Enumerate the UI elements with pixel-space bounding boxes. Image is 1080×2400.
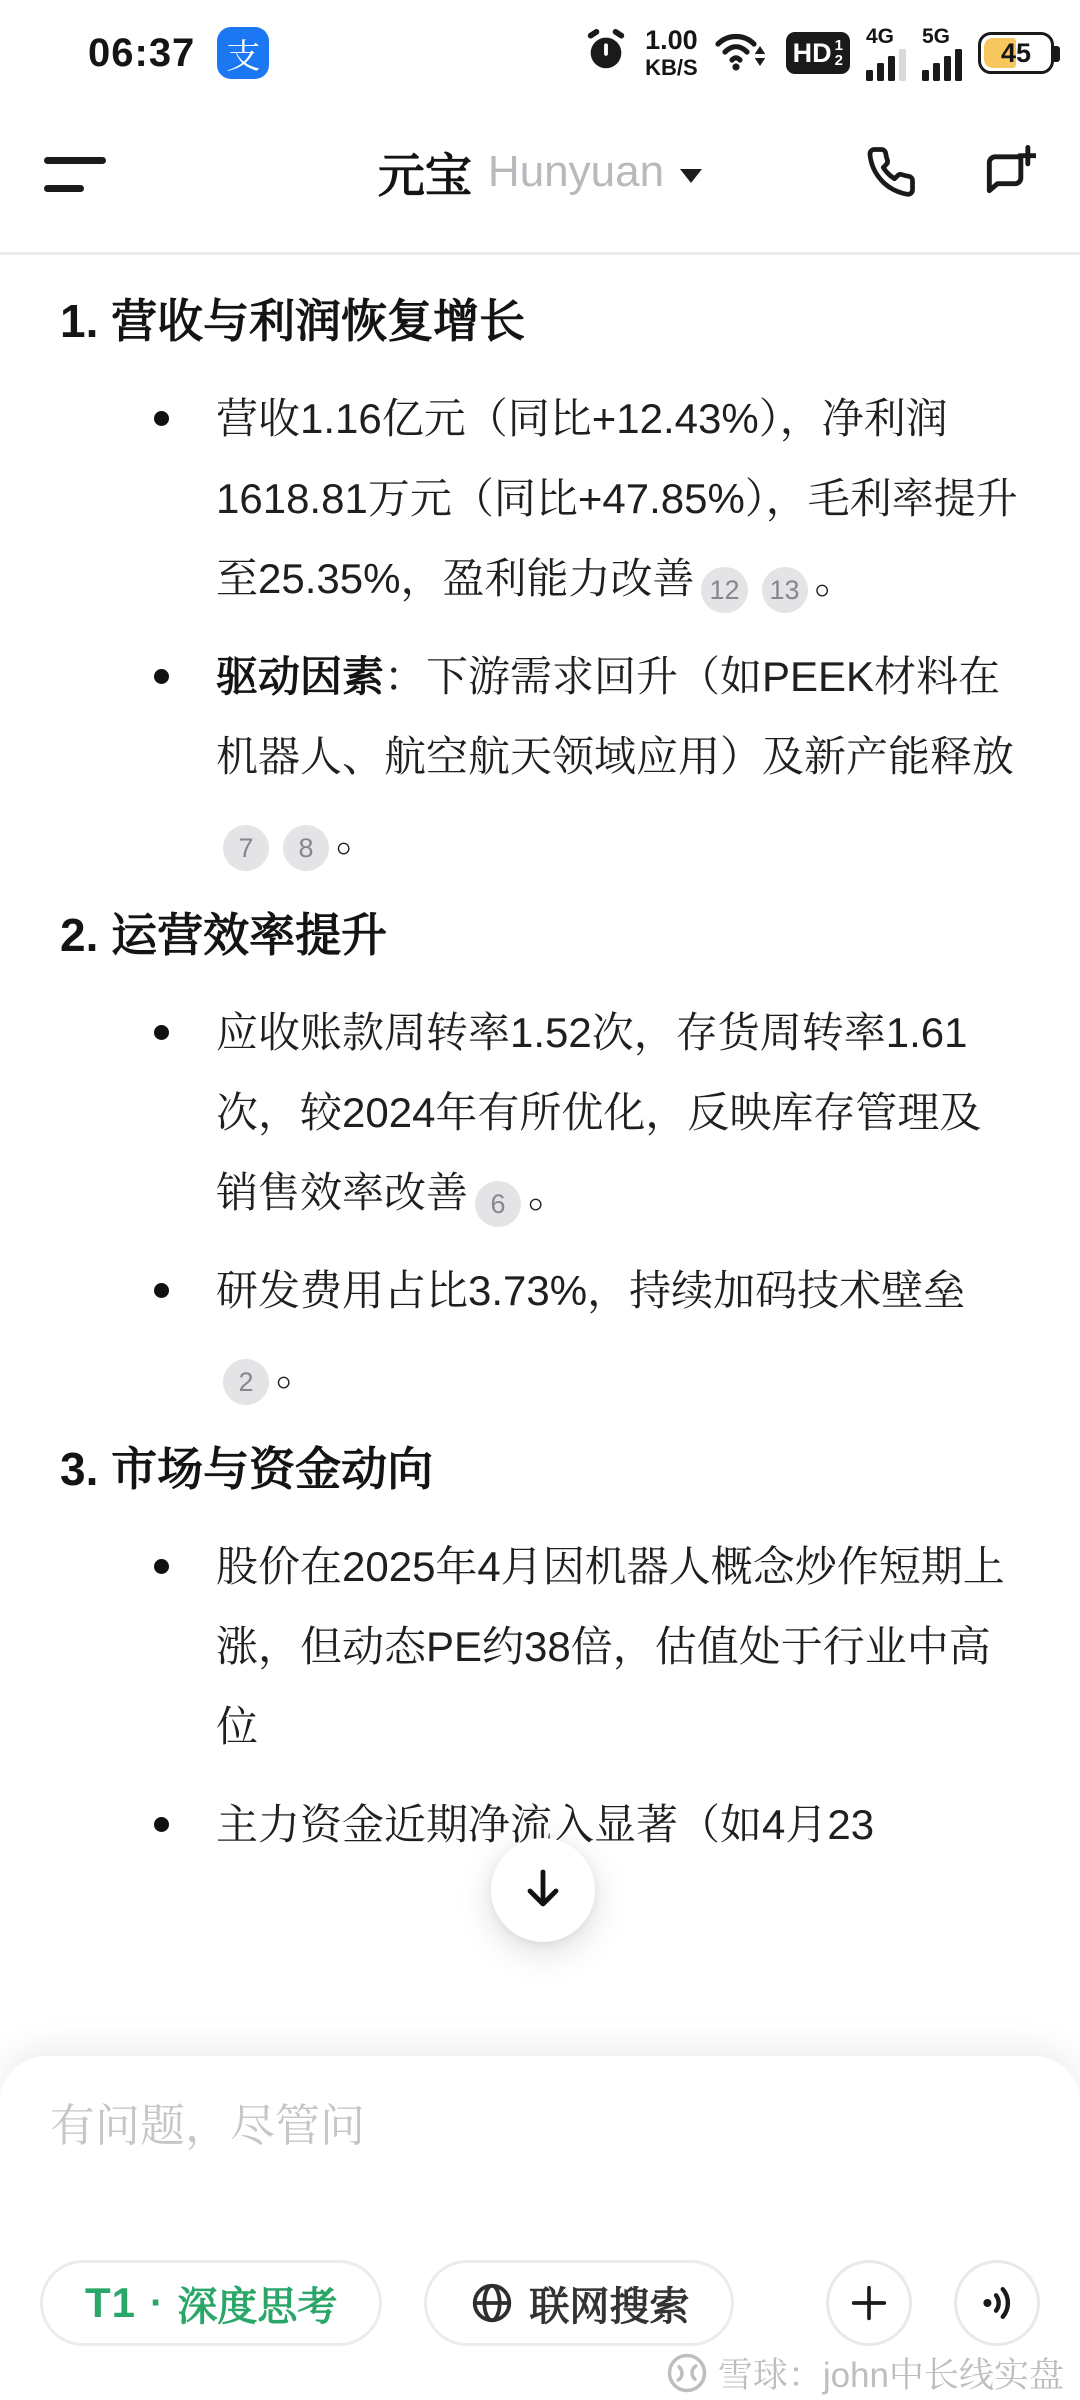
status-bar: 06:37 支 1.00 KB/S HD 1 2 4G xyxy=(0,0,1080,92)
hd-sim-numbers: 1 2 xyxy=(835,38,843,68)
bullet-list: 营收1.16亿元（同比+12.43%），净利润1618.81万元（同比+47.8… xyxy=(0,379,1080,877)
network-speed-unit: KB/S xyxy=(645,57,698,79)
signal-5g-label: 5G xyxy=(922,26,950,47)
watermark-text: 雪球：john中长线实盘 xyxy=(718,2348,1064,2398)
alipay-notification-icon: 支 xyxy=(217,27,269,79)
wifi-icon xyxy=(714,28,770,79)
network-speed: 1.00 KB/S xyxy=(645,27,698,79)
hd-label: HD xyxy=(793,38,832,69)
bullet-text: 营收1.16亿元（同比+12.43%），净利润1618.81万元（同比+47.8… xyxy=(216,395,1018,602)
hd-sim-1: 1 xyxy=(835,38,843,53)
watermark: 雪球：john中长线实盘 xyxy=(666,2348,1064,2398)
bullet-item: 驱动因素：下游需求回升（如PEEK材料在机器人、航空航天领域应用）及新产能释放7… xyxy=(152,637,1020,877)
battery-percent: 45 xyxy=(1001,38,1031,69)
bullet-text: 股价在2025年4月因机器人概念炒作短期上涨，但动态PE约38倍，估值处于行业中… xyxy=(216,1543,1005,1750)
voice-wave-icon xyxy=(974,2280,1020,2326)
arrow-down-icon xyxy=(519,1866,567,1914)
app-header: 元宝 Hunyuan xyxy=(0,92,1080,252)
network-speed-value: 1.00 xyxy=(645,27,698,54)
alarm-clock-icon xyxy=(583,28,629,79)
bullet-text: 。 xyxy=(815,555,857,602)
section-heading: 1. 营收与利润恢复增长 xyxy=(60,281,1020,361)
composer-toolbar: T1 · 深度思考 联网搜索 xyxy=(40,2260,1040,2346)
globe-icon xyxy=(469,2280,515,2326)
bullet-text: 研发费用占比3.73%，持续加码技术壁垒 xyxy=(216,1267,965,1314)
bullet-item: 研发费用占比3.73%，持续加码技术壁垒2。 xyxy=(152,1251,1020,1411)
battery-icon: 45 xyxy=(978,32,1054,74)
bullet-item: 应收账款周转率1.52次，存货周转率1.61次，较2024年有所优化，反映库存管… xyxy=(152,993,1020,1233)
voice-input-button[interactable] xyxy=(954,2260,1040,2346)
bullet-text: 。 xyxy=(528,1169,570,1216)
citation-badge[interactable]: 12 xyxy=(701,567,747,613)
section-heading: 3. 市场与资金动向 xyxy=(60,1429,1020,1509)
section-heading: 2. 运营效率提升 xyxy=(60,895,1020,975)
app-title: 元宝 xyxy=(378,139,472,206)
plus-icon xyxy=(846,2280,892,2326)
signal-5g-icon: 5G xyxy=(922,26,962,81)
bullet-item: 股价在2025年4月因机器人概念炒作短期上涨，但动态PE约38倍，估值处于行业中… xyxy=(152,1527,1020,1767)
bullet-list: 应收账款周转率1.52次，存货周转率1.61次，较2024年有所优化，反映库存管… xyxy=(0,993,1080,1411)
bullet-text: 应收账款周转率1.52次，存货周转率1.61次，较2024年有所优化，反映库存管… xyxy=(216,1009,981,1216)
citation-badge[interactable]: 8 xyxy=(283,825,329,871)
volte-hd-icon: HD 1 2 xyxy=(786,32,850,74)
clock-time: 06:37 xyxy=(88,31,195,76)
screen: 06:37 支 1.00 KB/S HD 1 2 4G xyxy=(0,0,1080,2400)
scroll-to-bottom-button[interactable] xyxy=(491,1838,595,1942)
attachment-add-button[interactable] xyxy=(826,2260,912,2346)
model-name: Hunyuan xyxy=(488,147,664,197)
chevron-down-icon xyxy=(680,169,702,183)
deep-think-label: 深度思考 xyxy=(177,2275,337,2332)
bullet-list: 股价在2025年4月因机器人概念炒作短期上涨，但动态PE约38倍，估值处于行业中… xyxy=(0,1527,1080,1865)
status-bar-right: 1.00 KB/S HD 1 2 4G 5G xyxy=(583,26,1054,81)
signal-4g-icon: 4G xyxy=(866,26,906,81)
signal-4g-label: 4G xyxy=(866,26,894,47)
bullet-item: 营收1.16亿元（同比+12.43%），净利润1618.81万元（同比+47.8… xyxy=(152,379,1020,619)
citation-badge[interactable]: 2 xyxy=(223,1359,269,1405)
status-bar-left: 06:37 支 xyxy=(88,27,269,79)
deep-think-toggle[interactable]: T1 · 深度思考 xyxy=(40,2260,382,2346)
voice-call-button[interactable] xyxy=(862,144,918,200)
phone-icon xyxy=(870,149,913,194)
dot-separator: · xyxy=(150,2281,163,2326)
hd-sim-2: 2 xyxy=(835,53,843,68)
bullet-text-bold: 驱动因素 xyxy=(216,653,384,700)
new-chat-button[interactable] xyxy=(980,144,1036,200)
chat-bubble-icon xyxy=(989,157,1021,191)
citation-badge[interactable]: 7 xyxy=(223,825,269,871)
bullet-text: 。 xyxy=(336,813,378,860)
message-input[interactable] xyxy=(40,2100,1040,2152)
xueqiu-logo-icon xyxy=(666,2352,708,2394)
bullet-text: 。 xyxy=(276,1347,318,1394)
web-search-toggle[interactable]: 联网搜索 xyxy=(424,2260,734,2346)
web-search-label: 联网搜索 xyxy=(529,2275,689,2332)
bullet-item: 主力资金近期净流入显著（如4月23 xyxy=(152,1785,1020,1865)
t1-badge: T1 xyxy=(85,2279,136,2327)
citation-badge[interactable]: 6 xyxy=(475,1181,521,1227)
citation-badge[interactable]: 13 xyxy=(762,567,808,613)
menu-icon[interactable] xyxy=(44,151,108,193)
